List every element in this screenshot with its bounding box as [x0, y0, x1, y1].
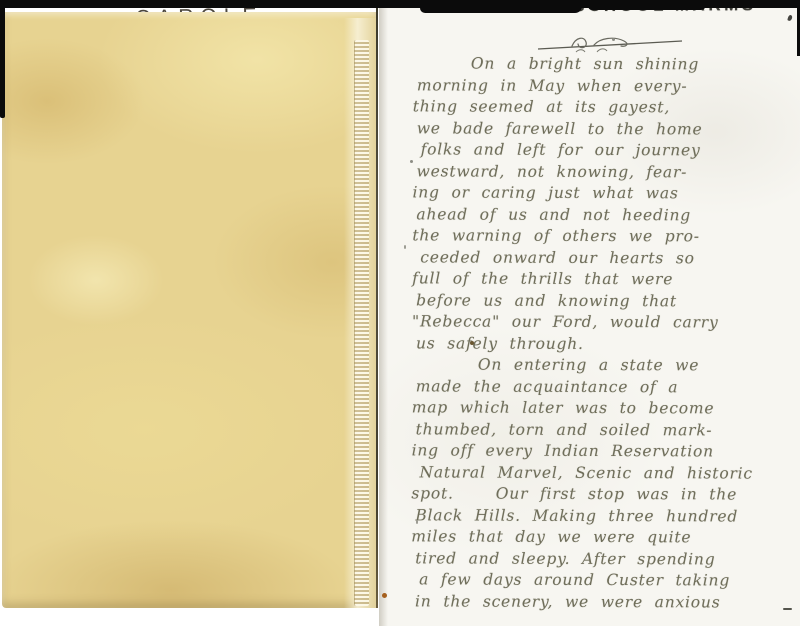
handwritten-line: made the acquaintance of a	[416, 376, 792, 399]
handwritten-line: "Rebecca" our Ford, would carry	[412, 311, 792, 334]
scan-edge-left	[0, 0, 5, 118]
dust-speck	[404, 245, 406, 249]
handwritten-line: morning in May when every-	[417, 75, 793, 98]
handwritten-line: map which later was to become	[412, 397, 792, 420]
handwritten-line: we bade farewell to the home	[417, 118, 793, 141]
title-underline-flourish	[536, 32, 686, 54]
handwritten-line: On a bright sun shining	[413, 53, 793, 76]
handwritten-line: spot. Our first stop was in the	[411, 483, 791, 506]
rust-stain-dot	[382, 593, 387, 598]
handwritten-line: before us and knowing that	[416, 290, 792, 313]
scan-edge-blob	[588, 0, 706, 10]
right-page-handwriting: On a bright sun shining morning in May w…	[411, 53, 793, 613]
handwritten-line: a few days around Custer taking	[419, 569, 791, 592]
scan-edge-blob	[420, 0, 582, 13]
handwritten-line: Black Hills. Making three hundred	[415, 505, 791, 528]
ink-blot-dot	[470, 341, 474, 345]
handwritten-line: ceeded onward our hearts so	[420, 247, 792, 270]
handwritten-line: thumbed, torn and soiled mark-	[416, 419, 792, 442]
book-spine-shadow	[376, 8, 378, 608]
handwritten-line: tired and sleepy. After spending	[415, 548, 791, 571]
handwritten-line: miles that day we were quite	[411, 526, 791, 549]
handwritten-line: On entering a state we	[420, 354, 792, 377]
paragraph-start-text: Our first stop was in the	[496, 484, 737, 506]
handwritten-line: westward, not knowing, fear-	[417, 161, 793, 184]
left-journal-page	[2, 12, 377, 608]
handwritten-line: folks and left for our journey	[421, 139, 793, 162]
handwritten-line: ing or caring just what was	[412, 182, 792, 205]
handwritten-line: thing seemed at its gayest,	[413, 96, 793, 119]
journal-scan: O "CAROLE Vera Taylor and I left for the…	[0, 0, 800, 626]
dust-speck	[416, 520, 418, 524]
handwritten-line: Natural Marvel, Scenic and historic	[419, 462, 791, 485]
paragraph-end-word: spot.	[411, 483, 453, 505]
handwritten-line: in the scenery, we were anxious	[415, 591, 791, 614]
dust-speck	[612, 38, 615, 41]
handwritten-line: ing off every Indian Reservation	[412, 440, 792, 463]
binding-frayed-stitching	[354, 40, 369, 606]
paragraph-gap	[454, 483, 496, 505]
handwritten-line: the warning of others we pro-	[412, 225, 792, 248]
handwritten-line: ahead of us and not heeding	[416, 204, 792, 227]
dust-speck	[410, 160, 413, 163]
ink-speck	[783, 608, 792, 610]
handwritten-line: full of the thrills that were	[412, 268, 792, 291]
